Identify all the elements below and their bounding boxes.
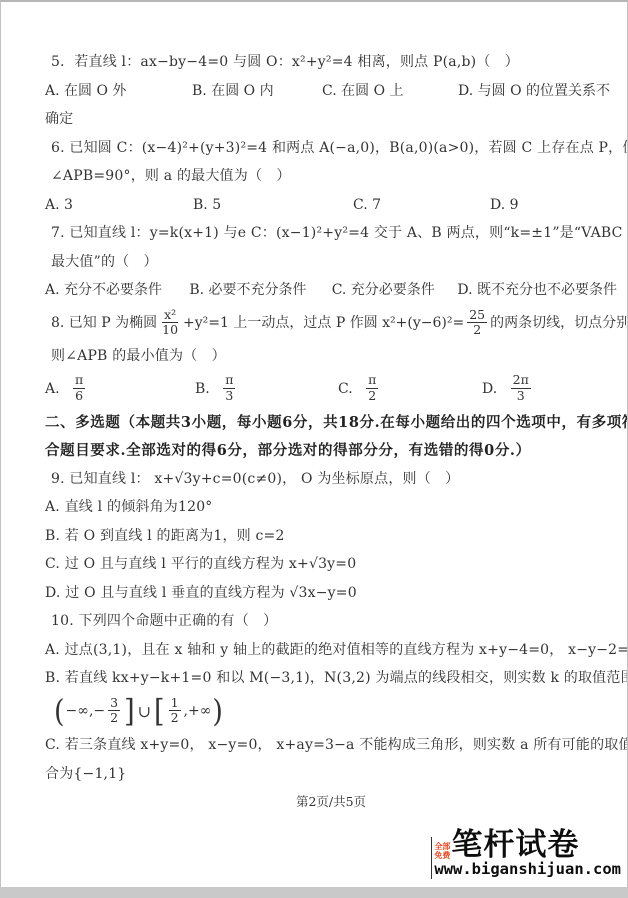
fraction-pi-over-6: π6 — [73, 373, 85, 403]
question-9-option-d: D. 过 O 且与直线 l 垂直的直线方程为 √3x−y=0 — [45, 583, 617, 604]
fraction-numerator: x² — [162, 308, 178, 323]
fraction-2pi-over-3: 2π3 — [511, 373, 531, 403]
question-9-option-a: A. 直线 l 的倾斜角为120° — [45, 497, 617, 518]
question-6-option-c: C. 7 — [353, 195, 490, 216]
fraction-3-over-2: 32 — [108, 696, 120, 726]
question-7-stem-line2: 最大值”的（ ） — [45, 252, 617, 273]
question-8-text-mid: +y²=1 上一动点，过点 P 作圆 x²+(y−6)²= — [183, 313, 464, 334]
question-10-option-c-line2: 合为{−1,1} — [45, 764, 617, 785]
option-label: C. — [338, 381, 353, 397]
question-7-option-a: A. 充分不必要条件 — [45, 280, 189, 301]
big-close-bracket: ] — [124, 696, 135, 727]
question-9-option-b: B. 若 O 到直线 l 的距离为1，则 c=2 — [45, 526, 617, 547]
question-10-option-a: A. 过点(3,1)，且在 x 轴和 y 轴上的截距的绝对值相等的直线方程为 x… — [45, 640, 617, 661]
option-label: A. — [45, 381, 60, 397]
question-8-option-b: B. π3 — [195, 374, 338, 404]
big-close-paren: ) — [212, 696, 223, 727]
question-5-stem: 5．若直线 l：ax−by−4=0 与圆 O：x²+y²=4 相离，则点 P(a… — [45, 52, 617, 73]
question-5-options: A. 在圆 O 外 B. 在圆 O 内 C. 在圆 O 上 D. 与圆 O 的位… — [45, 81, 617, 102]
fraction-denominator: 2 — [366, 389, 378, 403]
fraction-25-over-2: 252 — [467, 308, 487, 338]
fraction-numerator: 2π — [511, 373, 531, 388]
exam-content: 5．若直线 l：ax−by−4=0 与圆 O：x²+y²=4 相离，则点 P(a… — [1, 2, 627, 810]
logo-url: www.biganshijuan.com — [434, 861, 621, 879]
question-8-text-pre: 8. 已知 P 为椭圆 — [51, 313, 157, 334]
question-5-option-c: C. 在圆 O 上 — [322, 81, 458, 102]
question-8-stem-line2: 则∠APB 的最小值为（ ） — [45, 346, 617, 367]
logo-brand-row: 全部免费 笔杆试卷 — [434, 830, 579, 861]
question-8-option-a: A. π6 — [45, 374, 195, 404]
fraction-pi-over-3: π3 — [223, 373, 235, 403]
question-7-option-d: D. 既不充分也不必要条件 — [457, 280, 617, 301]
fraction-numerator: π — [366, 373, 378, 388]
fraction-denominator: 10 — [160, 323, 180, 337]
big-open-paren: ( — [54, 696, 65, 727]
fraction-denominator: 2 — [169, 711, 181, 725]
fraction-1-over-2: 12 — [169, 696, 181, 726]
question-8-option-d: D. 2π3 — [482, 374, 534, 404]
fraction-numerator: π — [223, 373, 235, 388]
question-10-option-b-interval: ( −∞,− 32 ] ∪ [ 12 ,+∞ ) — [45, 697, 617, 727]
fraction-numerator: 1 — [169, 696, 181, 711]
big-open-bracket: [ — [154, 696, 165, 727]
logo-divider — [431, 837, 432, 879]
question-5-option-b: B. 在圆 O 内 — [192, 81, 322, 102]
page-number: 第2页/共5页 — [45, 792, 617, 810]
exam-page: 5．若直线 l：ax−by−4=0 与圆 O：x²+y²=4 相离，则点 P(a… — [0, 0, 628, 887]
question-10-option-b: B. 若直线 kx+y−k+1=0 和以 M(−3,1)，N(3,2) 为端点的… — [45, 668, 617, 689]
question-6-option-b: B. 5 — [193, 195, 353, 216]
question-7-stem-line1: 7. 已知直线 l：y=k(x+1) 与e C：(x−1)²+y²=4 交于 A… — [45, 223, 617, 244]
question-10-option-c-line1: C. 若三条直线 x+y=0， x−y=0， x+ay=3−a 不能构成三角形，… — [45, 735, 617, 756]
question-8-options: A. π6 B. π3 C. π2 D. 2π3 — [45, 374, 617, 404]
fraction-denominator: 2 — [108, 711, 120, 725]
logo-block: 全部免费 笔杆试卷 www.biganshijuan.com — [434, 830, 621, 879]
fraction-numerator: π — [73, 373, 85, 388]
question-6-option-a: A. 3 — [45, 195, 193, 216]
question-8-text-post: 的两条切线，切点分别为 A， B， — [490, 313, 628, 334]
question-7-options: A. 充分不必要条件 B. 必要不充分条件 C. 充分必要条件 D. 既不充分也… — [45, 280, 617, 301]
question-8-stem: 8. 已知 P 为椭圆 x²10 +y²=1 上一动点，过点 P 作圆 x²+(… — [45, 309, 617, 339]
question-5-option-a: A. 在圆 O 外 — [45, 81, 192, 102]
question-5-option-d-continuation: 确定 — [45, 109, 617, 130]
question-6-option-d: D. 9 — [490, 195, 519, 216]
question-10-stem: 10. 下列四个命题中正确的有（ ） — [45, 611, 617, 632]
question-7-option-b: B. 必要不充分条件 — [189, 280, 331, 301]
question-5-option-d: D. 与圆 O 的位置关系不 — [458, 81, 610, 102]
fraction-numerator: 3 — [108, 696, 120, 711]
fraction-denominator: 2 — [471, 323, 483, 337]
question-7-option-c: C. 充分必要条件 — [332, 280, 458, 301]
logo-brand-text: 笔杆试卷 — [451, 830, 579, 861]
interval-text: −∞,− — [66, 703, 106, 719]
option-label: B. — [195, 381, 210, 397]
question-6-stem-line2: ∠APB=90°，则 a 的最大值为（ ） — [45, 166, 617, 187]
question-9-stem: 9. 已知直线 l： x+√3y+c=0(c≠0)， O 为坐标原点，则（ ） — [45, 469, 617, 490]
fraction-denominator: 3 — [223, 389, 235, 403]
union-symbol: ∪ — [138, 702, 151, 721]
section-2-header-line1: 二、多选题（本题共3小题，每小题6分，共18分.在每小题给出的四个选项中，有多项… — [45, 412, 617, 433]
fraction-denominator: 6 — [73, 389, 85, 403]
logo-free-tag: 全部免费 — [434, 842, 451, 860]
question-8-option-c: C. π2 — [338, 374, 482, 404]
section-2-header-line2: 合题目要求.全部选对的得6分，部分选对的得部分分，有选错的得0分.） — [45, 440, 617, 461]
fraction-x2-over-10: x²10 — [160, 308, 180, 338]
question-9-option-c: C. 过 O 且与直线 l 平行的直线方程为 x+√3y=0 — [45, 554, 617, 575]
option-label: D. — [482, 381, 497, 397]
fraction-pi-over-2: π2 — [366, 373, 378, 403]
interval-text: ,+∞ — [184, 703, 212, 719]
question-6-options: A. 3 B. 5 C. 7 D. 9 — [45, 195, 617, 216]
fraction-numerator: 25 — [467, 308, 487, 323]
biganshijuan-logo: 全部免费 笔杆试卷 www.biganshijuan.com — [431, 830, 621, 879]
question-6-stem-line1: 6. 已知圆 C：(x−4)²+(y+3)²=4 和两点 A(−a,0)，B(a… — [45, 138, 617, 159]
fraction-denominator: 3 — [515, 389, 527, 403]
